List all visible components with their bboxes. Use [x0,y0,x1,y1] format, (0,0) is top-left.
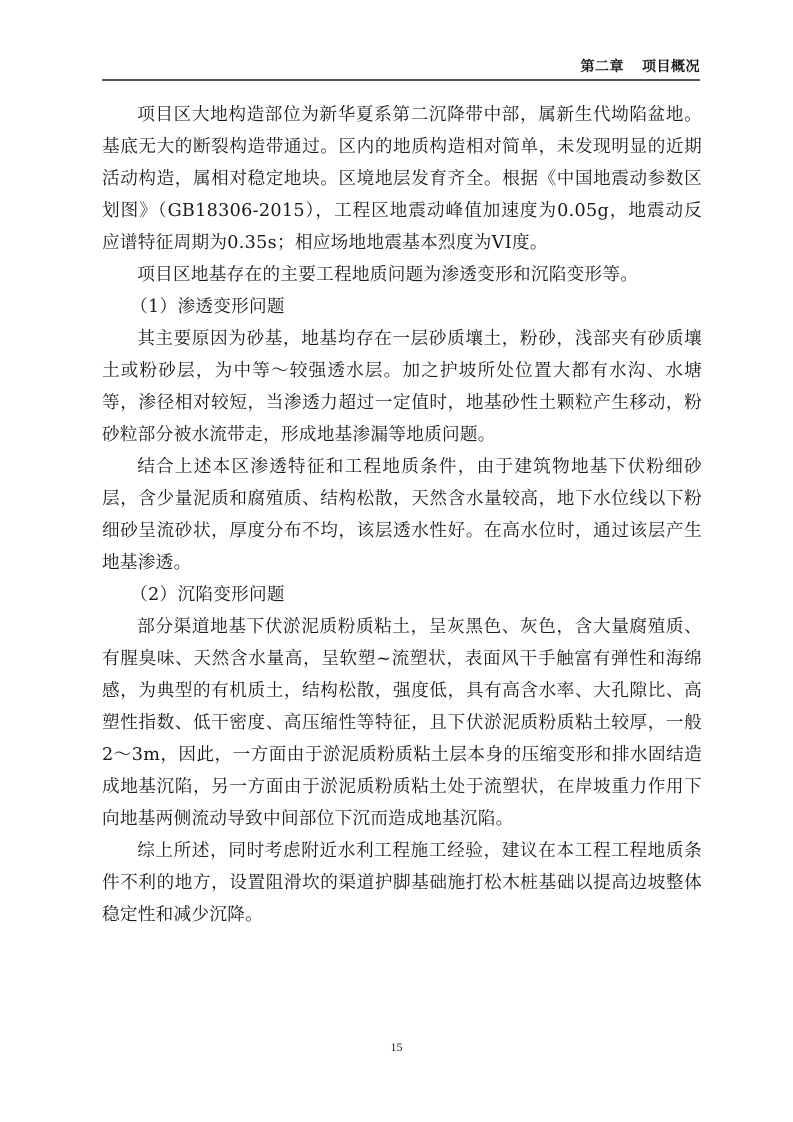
chapter-label: 第二章 [581,59,625,75]
paragraph-geology: 项目区大地构造部位为新华夏系第二沉降带中部，属新生代坳陷盆地。基底无大的断裂构造… [102,99,702,259]
chapter-title: 项目概况 [642,59,700,75]
paragraph-conclusion: 综上所述，同时考虑附近水利工程施工经验，建议在本工程工程地质条件不利的地方，设置… [102,835,702,931]
document-body: 项目区大地构造部位为新华夏系第二沉降带中部，属新生代坳陷盆地。基底无大的断裂构造… [102,99,702,931]
page-header: 第二章项目概况 [102,52,700,81]
page-number: 15 [0,1040,793,1055]
paragraph-seepage-cause: 其主要原因为砂基，地基均存在一层砂质壤土，粉砂，浅部夹有砂质壤土或粉砂层，为中等… [102,323,702,451]
subheading-seepage: （1）渗透变形问题 [102,291,702,323]
paragraph-settlement: 部分渠道地基下伏淤泥质粉质粘土，呈灰黑色、灰色，含大量腐殖质、有腥臭味、天然含水… [102,611,702,835]
subheading-settlement: （2）沉陷变形问题 [102,579,702,611]
running-head: 第二章项目概况 [581,56,701,76]
paragraph-seepage-conditions: 结合上述本区渗透特征和工程地质条件，由于建筑物地基下伏粉细砂层，含少量泥质和腐殖… [102,451,702,579]
paragraph-problems-intro: 项目区地基存在的主要工程地质问题为渗透变形和沉陷变形等。 [102,259,702,291]
